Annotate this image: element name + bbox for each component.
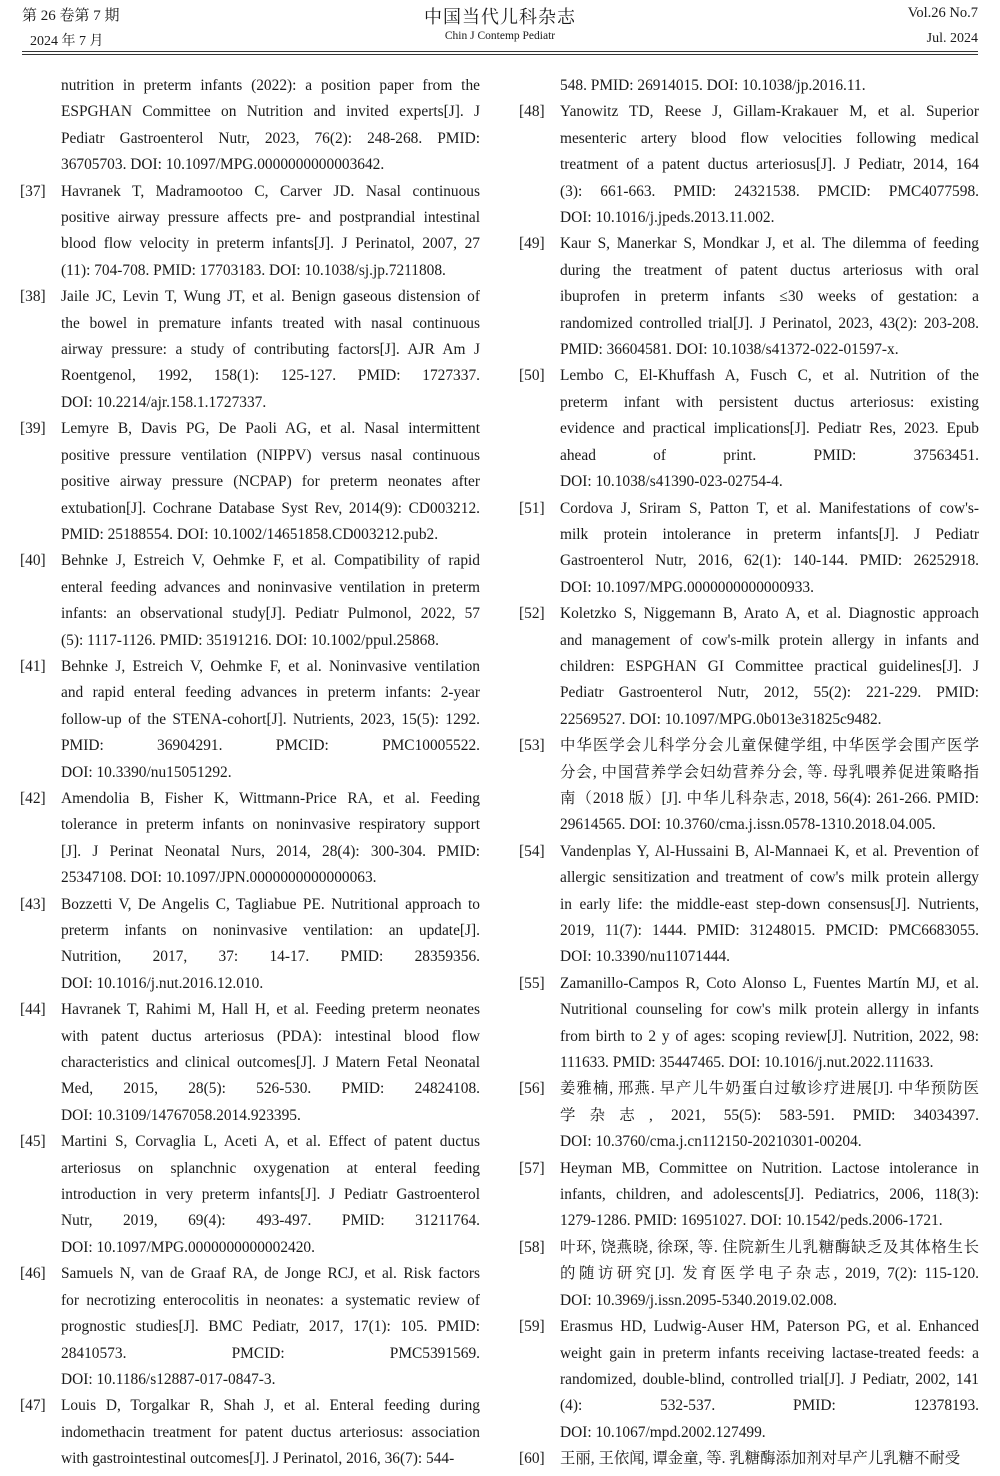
reference-list-right-column: 548. PMID: 26914015. DOI: 10.1038/jp.201… xyxy=(519,73,979,1473)
reference-text: Lemyre B, Davis PG, De Paoli AG, et al. … xyxy=(61,416,480,548)
reference-text: Cordova J, Sriram S, Patton T, et al. Ma… xyxy=(560,496,979,602)
reference-item: [43]Bozzetti V, De Angelis C, Tagliabue … xyxy=(20,892,480,998)
reference-line: in early life: the middle-east step-down… xyxy=(560,892,979,918)
reference-number: [57] xyxy=(519,1156,545,1182)
reference-item: [39]Lemyre B, Davis PG, De Paoli AG, et … xyxy=(20,416,480,548)
reference-line: DOI: 10.3969/j.issn.2095-5340.2019.02.00… xyxy=(560,1288,979,1314)
reference-text: 548. PMID: 26914015. DOI: 10.1038/jp.201… xyxy=(560,73,979,99)
reference-text: Louis D, Torgalkar R, Shah J, et al. Ent… xyxy=(61,1393,480,1472)
reference-line: Pediatr Gastroenterol Nutr, 2012, 55(2):… xyxy=(560,680,979,706)
reference-number: [37] xyxy=(20,179,46,205)
reference-text: 叶环, 饶燕晓, 徐琛, 等. 住院新生儿乳糖酶缺乏及其体格生长的随访研究[J]… xyxy=(560,1235,979,1314)
reference-list-left-column: nutrition in preterm infants (2022): a p… xyxy=(20,73,480,1473)
reference-line: 学杂志, 2021, 55(5): 583-591. PMID: 3403439… xyxy=(560,1103,979,1129)
reference-number: [45] xyxy=(20,1129,46,1155)
journal-title-en: Chin J Contemp Pediatr xyxy=(0,30,1000,42)
reference-line: infants, children, and adolescents[J]. P… xyxy=(560,1182,979,1208)
reference-item: [47]Louis D, Torgalkar R, Shah J, et al.… xyxy=(20,1393,480,1472)
reference-line: treatment of a patent ductus arteriosus[… xyxy=(560,152,979,178)
reference-item: [37]Havranek T, Madramootoo C, Carver JD… xyxy=(20,179,480,285)
reference-line: Med, 2015, 28(5): 526-530. PMID: 2482410… xyxy=(61,1076,480,1102)
reference-text: Amendolia B, Fisher K, Wittmann-Price RA… xyxy=(61,786,480,892)
reference-item: nutrition in preterm infants (2022): a p… xyxy=(20,73,480,179)
reference-text: Behnke J, Estreich V, Oehmke F, et al. C… xyxy=(61,548,480,654)
reference-number: [50] xyxy=(519,363,545,389)
reference-number: [55] xyxy=(519,971,545,997)
reference-line: DOI: 10.3390/nu11071444. xyxy=(560,944,979,970)
reference-line: Cordova J, Sriram S, Patton T, et al. Ma… xyxy=(560,496,979,522)
reference-line: Erasmus HD, Ludwig-Auser HM, Paterson PG… xyxy=(560,1314,979,1340)
reference-line: Nutr, 2019, 69(4): 493-497. PMID: 312117… xyxy=(61,1208,480,1234)
reference-number: [60] xyxy=(519,1446,545,1472)
reference-text: Havranek T, Rahimi M, Hall H, et al. Fee… xyxy=(61,997,480,1129)
reference-item: [56]姜雅楠, 邢燕. 早产儿牛奶蛋白过敏诊疗进展[J]. 中华预防医学杂志,… xyxy=(519,1076,979,1155)
reference-line: DOI: 10.2214/ajr.158.1.1727337. xyxy=(61,390,480,416)
reference-text: 中华医学会儿科学分会儿童保健学组, 中华医学会围产医学分会, 中国营养学会妇幼营… xyxy=(560,733,979,839)
reference-line: 28410573. PMCID: PMC5391569. xyxy=(61,1341,480,1367)
reference-text: Behnke J, Estreich V, Oehmke F, et al. N… xyxy=(61,654,480,786)
reference-line: indomethacin treatment for patent ductus… xyxy=(61,1420,480,1446)
reference-text: Jaile JC, Levin T, Wung JT, et al. Benig… xyxy=(61,284,480,416)
reference-item: [60]王丽, 王依闻, 谭金童, 等. 乳糖酶添加剂对早产儿乳糖不耐受 xyxy=(519,1446,979,1472)
reference-line: positive pressure ventilation (NIPPV) ve… xyxy=(61,443,480,469)
reference-line: Gastroenterol Nutr, 2016, 62(1): 140-144… xyxy=(560,548,979,574)
reference-text: nutrition in preterm infants (2022): a p… xyxy=(61,73,480,179)
reference-number: [49] xyxy=(519,231,545,257)
reference-line: Vandenplas Y, Al-Hussaini B, Al-Mannaei … xyxy=(560,839,979,865)
reference-text: Bozzetti V, De Angelis C, Tagliabue PE. … xyxy=(61,892,480,998)
reference-line: Zamanillo-Campos R, Coto Alonso L, Fuent… xyxy=(560,971,979,997)
reference-line: ESPGHAN Committee on Nutrition and invit… xyxy=(61,99,480,125)
reference-line: 25347108. DOI: 10.1097/JPN.0000000000000… xyxy=(61,865,480,891)
reference-line: Nutritional counseling for cow's milk pr… xyxy=(560,997,979,1023)
reference-text: Heyman MB, Committee on Nutrition. Lacto… xyxy=(560,1156,979,1235)
reference-text: 姜雅楠, 邢燕. 早产儿牛奶蛋白过敏诊疗进展[J]. 中华预防医学杂志, 202… xyxy=(560,1076,979,1155)
reference-line: Lembo C, El-Khuffash A, Fusch C, et al. … xyxy=(560,363,979,389)
reference-line: Nutrition, 2017, 37: 14-17. PMID: 283593… xyxy=(61,944,480,970)
reference-line: Yanowitz TD, Reese J, Gillam-Krakauer M,… xyxy=(560,99,979,125)
reference-number: [52] xyxy=(519,601,545,627)
reference-line: DOI: 10.3109/14767058.2014.923395. xyxy=(61,1103,480,1129)
reference-line: characteristics and clinical outcomes[J]… xyxy=(61,1050,480,1076)
reference-text: Vandenplas Y, Al-Hussaini B, Al-Mannaei … xyxy=(560,839,979,971)
reference-item: [58]叶环, 饶燕晓, 徐琛, 等. 住院新生儿乳糖酶缺乏及其体格生长的随访研… xyxy=(519,1235,979,1314)
reference-item: [49]Kaur S, Manerkar S, Mondkar J, et al… xyxy=(519,231,979,363)
reference-line: 2019, 11(7): 1444. PMID: 31248015. PMCID… xyxy=(560,918,979,944)
date-en: Jul. 2024 xyxy=(927,31,978,47)
reference-line: ahead of print. PMID: 37563451. xyxy=(560,443,979,469)
header-rule-top xyxy=(22,51,978,52)
reference-line: milk protein intolerance in preterm infa… xyxy=(560,522,979,548)
reference-line: tolerance in preterm infants on noninvas… xyxy=(61,812,480,838)
reference-number: [48] xyxy=(519,99,545,125)
reference-line: preterm infant with persistent ductus ar… xyxy=(560,390,979,416)
reference-line: ibuprofen in preterm infants ≤30 weeks o… xyxy=(560,284,979,310)
reference-line: Amendolia B, Fisher K, Wittmann-Price RA… xyxy=(61,786,480,812)
header-rule-bottom xyxy=(22,54,978,55)
reference-line: DOI: 10.1067/mpd.2002.127499. xyxy=(560,1420,979,1446)
reference-number: [41] xyxy=(20,654,46,680)
reference-line: (4): 532-537. PMID: 12378193. xyxy=(560,1393,979,1419)
reference-line: DOI: 10.3390/nu15051292. xyxy=(61,760,480,786)
reference-number: [56] xyxy=(519,1076,545,1102)
reference-line: blood flow velocity in preterm infants[J… xyxy=(61,231,480,257)
reference-number: [44] xyxy=(20,997,46,1023)
reference-line: DOI: 10.1097/MPG.0000000000002420. xyxy=(61,1235,480,1261)
reference-line: 王丽, 王依闻, 谭金童, 等. 乳糖酶添加剂对早产儿乳糖不耐受 xyxy=(560,1446,979,1472)
reference-number: [59] xyxy=(519,1314,545,1340)
reference-line: Heyman MB, Committee on Nutrition. Lacto… xyxy=(560,1156,979,1182)
reference-line: nutrition in preterm infants (2022): a p… xyxy=(61,73,480,99)
reference-number: [54] xyxy=(519,839,545,865)
reference-item: [52]Koletzko S, Niggemann B, Arato A, et… xyxy=(519,601,979,733)
reference-line: Lemyre B, Davis PG, De Paoli AG, et al. … xyxy=(61,416,480,442)
reference-line: the bowel in premature infants treated w… xyxy=(61,311,480,337)
reference-line: with gastrointestinal outcomes[J]. J Per… xyxy=(61,1446,480,1472)
reference-text: Zamanillo-Campos R, Coto Alonso L, Fuent… xyxy=(560,971,979,1077)
reference-line: mesenteric artery blood flow velocities … xyxy=(560,126,979,152)
reference-item: [42]Amendolia B, Fisher K, Wittmann-Pric… xyxy=(20,786,480,892)
reference-line: Bozzetti V, De Angelis C, Tagliabue PE. … xyxy=(61,892,480,918)
reference-text: Erasmus HD, Ludwig-Auser HM, Paterson PG… xyxy=(560,1314,979,1446)
reference-line: preterm infants on noninvasive ventilati… xyxy=(61,918,480,944)
reference-item: [55]Zamanillo-Campos R, Coto Alonso L, F… xyxy=(519,971,979,1077)
reference-text: 王丽, 王依闻, 谭金童, 等. 乳糖酶添加剂对早产儿乳糖不耐受 xyxy=(560,1446,979,1472)
reference-line: Havranek T, Madramootoo C, Carver JD. Na… xyxy=(61,179,480,205)
reference-item: [59]Erasmus HD, Ludwig-Auser HM, Paterso… xyxy=(519,1314,979,1446)
reference-line: enteral feeding advances and noninvasive… xyxy=(61,575,480,601)
reference-line: with patent ductus arteriosus (PDA): int… xyxy=(61,1024,480,1050)
reference-line: Samuels N, van de Graaf RA, de Jonge RCJ… xyxy=(61,1261,480,1287)
reference-line: Koletzko S, Niggemann B, Arato A, et al.… xyxy=(560,601,979,627)
reference-line: Jaile JC, Levin T, Wung JT, et al. Benig… xyxy=(61,284,480,310)
reference-number: [40] xyxy=(20,548,46,574)
reference-line: infants: an observational study[J]. Pedi… xyxy=(61,601,480,627)
reference-item: [41]Behnke J, Estreich V, Oehmke F, et a… xyxy=(20,654,480,786)
reference-text: Kaur S, Manerkar S, Mondkar J, et al. Th… xyxy=(560,231,979,363)
reference-line: PMID: 36904291. PMCID: PMC10005522. xyxy=(61,733,480,759)
reference-line: 叶环, 饶燕晓, 徐琛, 等. 住院新生儿乳糖酶缺乏及其体格生长 xyxy=(560,1235,979,1261)
reference-number: [46] xyxy=(20,1261,46,1287)
reference-line: 分会, 中国营养学会妇幼营养分会, 等. 母乳喂养促进策略指 xyxy=(560,760,979,786)
reference-line: Havranek T, Rahimi M, Hall H, et al. Fee… xyxy=(61,997,480,1023)
reference-item: [38]Jaile JC, Levin T, Wung JT, et al. B… xyxy=(20,284,480,416)
reference-item: [54]Vandenplas Y, Al-Hussaini B, Al-Mann… xyxy=(519,839,979,971)
reference-line: DOI: 10.1186/s12887-017-0847-3. xyxy=(61,1367,480,1393)
reference-line: (5): 1117-1126. PMID: 35191216. DOI: 10.… xyxy=(61,628,480,654)
reference-line: allergic sensitization and treatment of … xyxy=(560,865,979,891)
reference-line: (11): 704-708. PMID: 17703183. DOI: 10.1… xyxy=(61,258,480,284)
reference-text: Martini S, Corvaglia L, Aceti A, et al. … xyxy=(61,1129,480,1261)
reference-line: extubation[J]. Cochrane Database Syst Re… xyxy=(61,496,480,522)
reference-line: DOI: 10.3760/cma.j.cn112150-20210301-002… xyxy=(560,1129,979,1155)
reference-text: Koletzko S, Niggemann B, Arato A, et al.… xyxy=(560,601,979,733)
reference-number: [38] xyxy=(20,284,46,310)
reference-line: 姜雅楠, 邢燕. 早产儿牛奶蛋白过敏诊疗进展[J]. 中华预防医 xyxy=(560,1076,979,1102)
reference-line: for necrotizing enterocolitis in neonate… xyxy=(61,1288,480,1314)
reference-item: [50]Lembo C, El-Khuffash A, Fusch C, et … xyxy=(519,363,979,495)
reference-line: airway pressure: a study of contributing… xyxy=(61,337,480,363)
reference-line: Martini S, Corvaglia L, Aceti A, et al. … xyxy=(61,1129,480,1155)
reference-text: Yanowitz TD, Reese J, Gillam-Krakauer M,… xyxy=(560,99,979,231)
reference-line: children: ESPGHAN GI Committee practical… xyxy=(560,654,979,680)
reference-line: PMID: 36604581. DOI: 10.1038/s41372-022-… xyxy=(560,337,979,363)
reference-line: 22569527. DOI: 10.1097/MPG.0b013e31825c9… xyxy=(560,707,979,733)
reference-item: 548. PMID: 26914015. DOI: 10.1038/jp.201… xyxy=(519,73,979,99)
reference-line: DOI: 10.1016/j.nut.2016.12.010. xyxy=(61,971,480,997)
reference-number: [47] xyxy=(20,1393,46,1419)
reference-item: [40]Behnke J, Estreich V, Oehmke F, et a… xyxy=(20,548,480,654)
reference-number: [42] xyxy=(20,786,46,812)
reference-item: [46]Samuels N, van de Graaf RA, de Jonge… xyxy=(20,1261,480,1393)
reference-line: PMID: 25188554. DOI: 10.1002/14651858.CD… xyxy=(61,522,480,548)
reference-line: Behnke J, Estreich V, Oehmke F, et al. C… xyxy=(61,548,480,574)
reference-number: [43] xyxy=(20,892,46,918)
reference-number: [51] xyxy=(519,496,545,522)
reference-item: [53]中华医学会儿科学分会儿童保健学组, 中华医学会围产医学分会, 中国营养学… xyxy=(519,733,979,839)
journal-title-cn: 中国当代儿科杂志 xyxy=(0,3,1000,29)
reference-line: Behnke J, Estreich V, Oehmke F, et al. N… xyxy=(61,654,480,680)
reference-item: [48]Yanowitz TD, Reese J, Gillam-Krakaue… xyxy=(519,99,979,231)
reference-line: arteriosus on splanchnic oxygenation at … xyxy=(61,1156,480,1182)
reference-item: [51]Cordova J, Sriram S, Patton T, et al… xyxy=(519,496,979,602)
reference-item: [57]Heyman MB, Committee on Nutrition. L… xyxy=(519,1156,979,1235)
reference-item: [45]Martini S, Corvaglia L, Aceti A, et … xyxy=(20,1129,480,1261)
reference-line: randomized, double-blind, controlled tri… xyxy=(560,1367,979,1393)
reference-line: 中华医学会儿科学分会儿童保健学组, 中华医学会围产医学 xyxy=(560,733,979,759)
volume-issue-en: Vol.26 No.7 xyxy=(908,5,978,22)
reference-line: 南（2018 版）[J]. 中华儿科杂志, 2018, 56(4): 261-2… xyxy=(560,786,979,812)
reference-line: 的随访研究[J]. 发育医学电子杂志, 2019, 7(2): 115-120. xyxy=(560,1261,979,1287)
reference-line: introduction in very preterm infants[J].… xyxy=(61,1182,480,1208)
reference-line: randomized controlled trial[J]. J Perina… xyxy=(560,311,979,337)
reference-line: Roentgenol, 1992, 158(1): 125-127. PMID:… xyxy=(61,363,480,389)
reference-number: [58] xyxy=(519,1235,545,1261)
reference-line: Pediatr Gastroenterol Nutr, 2023, 76(2):… xyxy=(61,126,480,152)
reference-line: DOI: 10.1016/j.jpeds.2013.11.002. xyxy=(560,205,979,231)
reference-item: [44]Havranek T, Rahimi M, Hall H, et al.… xyxy=(20,997,480,1129)
reference-line: follow-up of the STENA-cohort[J]. Nutrie… xyxy=(61,707,480,733)
reference-text: Samuels N, van de Graaf RA, de Jonge RCJ… xyxy=(61,1261,480,1393)
page-header: 第 26 卷第 7 期 2024 年 7 月 中国当代儿科杂志 Chin J C… xyxy=(0,0,1000,58)
reference-line: 36705703. DOI: 10.1097/MPG.0000000000003… xyxy=(61,152,480,178)
reference-number: [39] xyxy=(20,416,46,442)
reference-line: weight gain in preterm infants receiving… xyxy=(560,1341,979,1367)
reference-text: Lembo C, El-Khuffash A, Fusch C, et al. … xyxy=(560,363,979,495)
reference-line: during the treatment of patent ductus ar… xyxy=(560,258,979,284)
reference-line: from birth to 2 y of ages: scoping revie… xyxy=(560,1024,979,1050)
reference-line: DOI: 10.1097/MPG.0000000000000933. xyxy=(560,575,979,601)
reference-line: Kaur S, Manerkar S, Mondkar J, et al. Th… xyxy=(560,231,979,257)
reference-line: and management of cow's-milk protein all… xyxy=(560,628,979,654)
reference-line: [J]. J Perinat Neonatal Nurs, 2014, 28(4… xyxy=(61,839,480,865)
reference-line: evidence and practical implications[J]. … xyxy=(560,416,979,442)
reference-number: [53] xyxy=(519,733,545,759)
reference-line: 1279-1286. PMID: 16951027. DOI: 10.1542/… xyxy=(560,1208,979,1234)
reference-line: and rapid enteral feeding advances in pr… xyxy=(61,680,480,706)
reference-text: Havranek T, Madramootoo C, Carver JD. Na… xyxy=(61,179,480,285)
reference-line: positive airway pressure affects pre- an… xyxy=(61,205,480,231)
reference-line: DOI: 10.1038/s41390-023-02754-4. xyxy=(560,469,979,495)
reference-line: 548. PMID: 26914015. DOI: 10.1038/jp.201… xyxy=(560,73,979,99)
reference-line: (3): 661-663. PMID: 24321538. PMCID: PMC… xyxy=(560,179,979,205)
reference-line: 29614565. DOI: 10.3760/cma.j.issn.0578-1… xyxy=(560,812,979,838)
reference-line: Louis D, Torgalkar R, Shah J, et al. Ent… xyxy=(61,1393,480,1419)
reference-line: positive airway pressure (NCPAP) for pre… xyxy=(61,469,480,495)
reference-line: prognostic studies[J]. BMC Pediatr, 2017… xyxy=(61,1314,480,1340)
reference-line: 111633. PMID: 35447465. DOI: 10.1016/j.n… xyxy=(560,1050,979,1076)
